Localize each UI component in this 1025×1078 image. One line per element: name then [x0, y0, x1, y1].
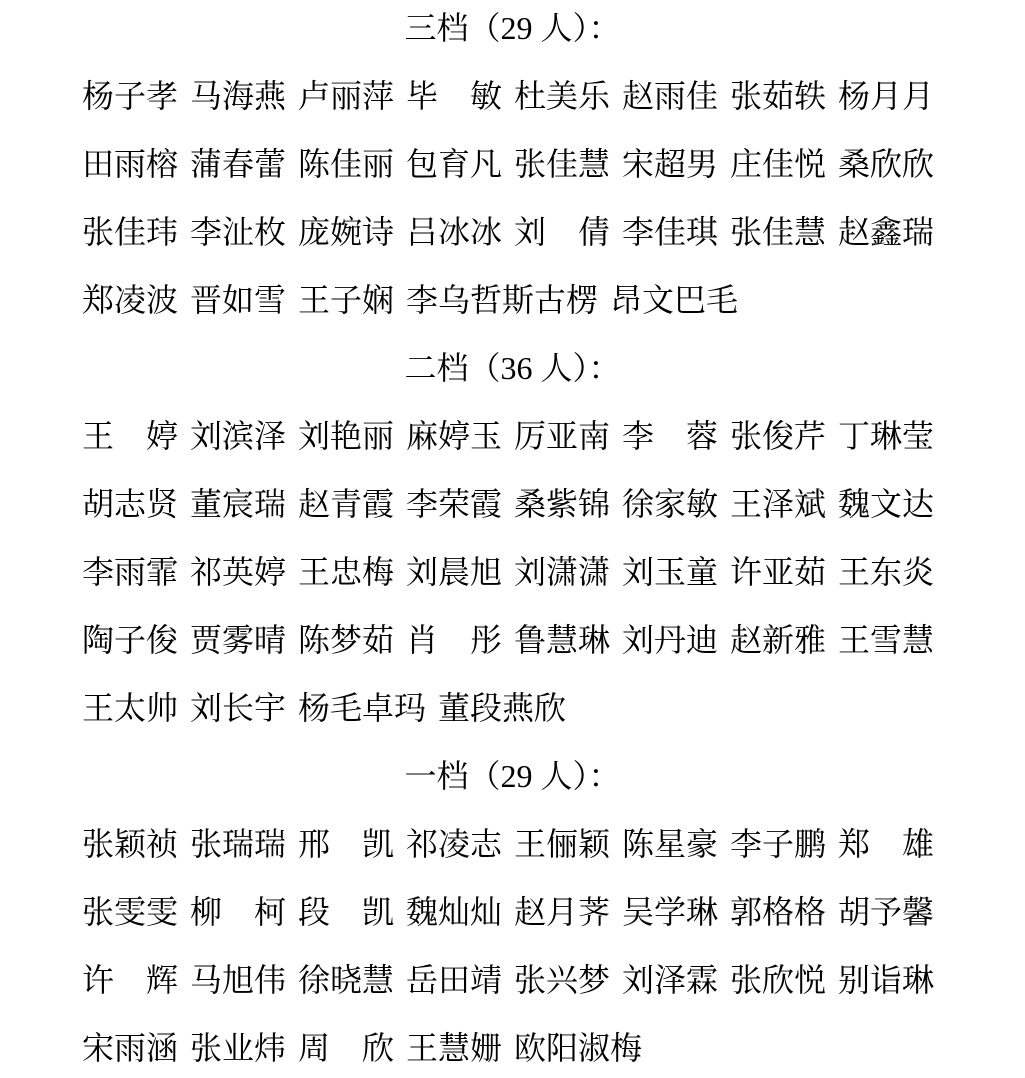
tier-2-row-2: 胡志贤 董宸瑞 赵青霞 李荣霞 桑紫锦 徐家敏 王泽斌 魏文达 — [0, 470, 1025, 538]
tier-3-title: 三档（29 人）： — [0, 0, 1025, 62]
tier-2-row-3: 李雨霏 祁英婷 王忠梅 刘晨旭 刘潇潇 刘玉童 许亚茹 王东炎 — [0, 538, 1025, 606]
tier-3-row-3: 张佳玮 李沚枚 庞婉诗 吕冰冰 刘 倩 李佳琪 张佳慧 赵鑫瑞 — [0, 198, 1025, 266]
section-tier-3: 三档（29 人）： 杨子孝 马海燕 卢丽萍 毕 敏 杜美乐 赵雨佳 张茹轶 杨月… — [0, 0, 1025, 334]
document-page: 三档（29 人）： 杨子孝 马海燕 卢丽萍 毕 敏 杜美乐 赵雨佳 张茹轶 杨月… — [0, 0, 1025, 1078]
tier-3-row-4: 郑凌波 晋如雪 王子娴 李乌哲斯古楞 昂文巴毛 — [0, 266, 1025, 334]
tier-2-title: 二档（36 人）： — [0, 334, 1025, 402]
tier-2-row-4: 陶子俊 贾雾晴 陈梦茹 肖 彤 鲁慧琳 刘丹迪 赵新雅 王雪慧 — [0, 606, 1025, 674]
section-tier-1: 一档（29 人）： 张颖祯 张瑞瑞 邢 凯 祁凌志 王俪颖 陈星豪 李子鹏 郑 … — [0, 742, 1025, 1078]
tier-3-row-2: 田雨榕 蒲春蕾 陈佳丽 包育凡 张佳慧 宋超男 庄佳悦 桑欣欣 — [0, 130, 1025, 198]
tier-1-title: 一档（29 人）： — [0, 742, 1025, 810]
tier-3-row-1: 杨子孝 马海燕 卢丽萍 毕 敏 杜美乐 赵雨佳 张茹轶 杨月月 — [0, 62, 1025, 130]
tier-1-row-2: 张雯雯 柳 柯 段 凯 魏灿灿 赵月荠 吴学琳 郭格格 胡予馨 — [0, 878, 1025, 946]
tier-2-row-5: 王太帅 刘长宇 杨毛卓玛 董段燕欣 — [0, 674, 1025, 742]
tier-1-row-4: 宋雨涵 张业炜 周 欣 王慧姗 欧阳淑梅 — [0, 1014, 1025, 1078]
tier-1-row-3: 许 辉 马旭伟 徐晓慧 岳田靖 张兴梦 刘泽霖 张欣悦 别诣琳 — [0, 946, 1025, 1014]
section-tier-2: 二档（36 人）： 王 婷 刘滨泽 刘艳丽 麻婷玉 厉亚南 李 蓉 张俊芹 丁琳… — [0, 334, 1025, 742]
tier-1-row-1: 张颖祯 张瑞瑞 邢 凯 祁凌志 王俪颖 陈星豪 李子鹏 郑 雄 — [0, 810, 1025, 878]
tier-2-row-1: 王 婷 刘滨泽 刘艳丽 麻婷玉 厉亚南 李 蓉 张俊芹 丁琳莹 — [0, 402, 1025, 470]
